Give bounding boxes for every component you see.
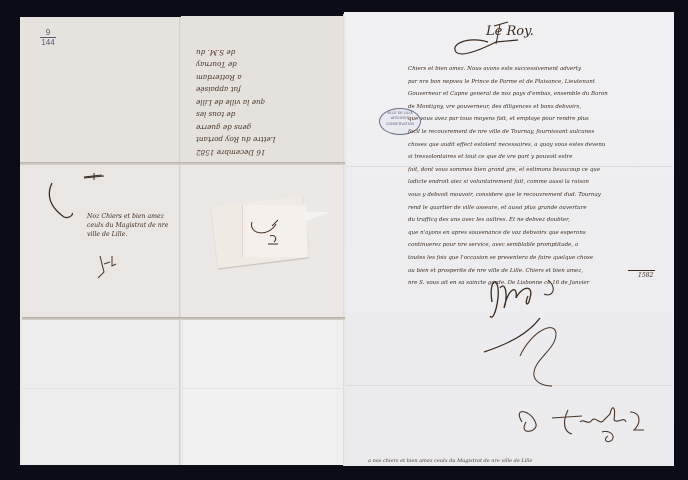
address-block: Noz Chiers et bien amez ceulx du Magistr…: [87, 212, 187, 239]
address-line: ville de Lille.: [87, 230, 187, 239]
shelfmark-folio: 144: [41, 38, 54, 47]
letter-line: Chiers et bien amez. Nous avons este suc…: [408, 63, 670, 76]
back-fold-line-lower: [22, 388, 344, 389]
letter-line: fait, dont vous sommes bien grand gre, e…: [408, 164, 670, 177]
cross-mark: [82, 172, 112, 182]
address-line: ceulx du Magistrat de nre: [87, 221, 187, 230]
endorsement-line: Lettre du Roy portant: [196, 133, 326, 146]
endorsement-line: a Rotterdam: [196, 71, 326, 84]
panel-bottom-left: [22, 320, 182, 465]
secretary-countersignature: [512, 402, 662, 457]
signature-paraph: [512, 320, 572, 390]
horizontal-fold-line: [20, 162, 345, 165]
endorsement-line: de Tournay: [196, 58, 326, 71]
panel-bottom-middle: [183, 318, 345, 465]
letter-line: choses que audit effect estoient necessa…: [408, 139, 670, 152]
flourish-mark: [44, 175, 84, 225]
address-line: Noz Chiers et bien amez: [87, 212, 187, 221]
shelfmark-volume: 9: [40, 28, 56, 38]
letter-line: ladicte endroit aiez si voluntairement f…: [408, 176, 670, 189]
vertical-fold-line: [179, 17, 181, 465]
letter-line: du trafficq des uns avec les aultres. Et…: [408, 214, 670, 227]
endorsement-line: de tous les: [196, 108, 326, 121]
letter-line: que n'ayons en apres souvenance de voz d…: [408, 227, 670, 240]
endorsement-line: gens de guerre: [196, 121, 326, 134]
initials-mark: [94, 252, 124, 282]
letter-line: vous y debvoit mouvoir, considere que le…: [408, 189, 670, 202]
shelfmark: 9 144: [40, 28, 56, 47]
seal-flourish: [248, 214, 288, 250]
letter-line: toutes les fois que l'occasion se presen…: [408, 252, 670, 265]
letter-line: de Montigny, vre gouverneur, des diligen…: [408, 101, 670, 114]
letter-year: 1582: [628, 270, 655, 279]
bottom-edge-text: a nos chiers et bien amez ceulx du Magis…: [368, 458, 658, 464]
letter-line: Gouverneur et Capne general de noz pays …: [408, 88, 670, 101]
endorsement-line: 16 Decembre 1582: [196, 146, 326, 159]
endorsement-line: fut appaisée: [196, 83, 326, 96]
endorsement-line: de S.M. du: [196, 46, 326, 59]
letter-line: facil le recouvrement de nre ville de To…: [408, 126, 670, 139]
center-fold-line: [343, 14, 345, 466]
letter-heading: Le Roy.: [486, 24, 534, 39]
letter-line: que vous avez par tous moyens fait, et e…: [408, 113, 670, 126]
endorsement-note: 16 Decembre 1582 Lettre du Roy portant g…: [196, 30, 326, 158]
endorsement-line: que la ville de Lille: [196, 96, 326, 109]
horizontal-fold-line-lower: [22, 317, 345, 320]
letter-body: Chiers et bien amez. Nous avons este suc…: [408, 63, 670, 290]
letter-line: rend le quartier de ville asseure, et au…: [408, 202, 670, 215]
front-fold-line-lower: [346, 385, 672, 386]
letter-line: par nre bon nepveu le Prince de Parme et…: [408, 76, 670, 89]
letter-line: si tresvolontaires et tout ce que de vre…: [408, 151, 670, 164]
letter-line: continuerez pour nre service, avec sembl…: [408, 239, 670, 252]
